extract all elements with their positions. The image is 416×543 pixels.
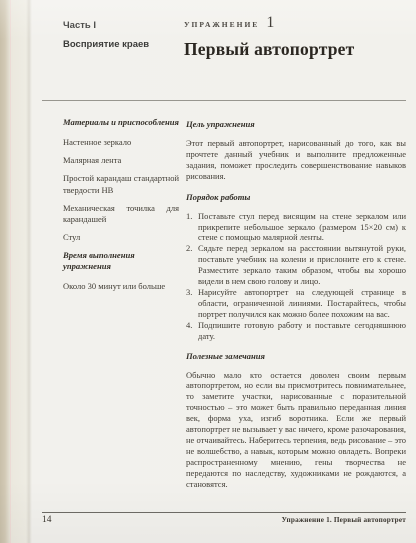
- page-number: 14: [42, 515, 52, 525]
- part-block: Часть I Восприятие краев: [63, 16, 193, 54]
- procedure-step: Нарисуйте автопортрет на следующей стран…: [186, 287, 406, 320]
- procedure-steps: Поставьте стул перед висящим на стене зе…: [186, 211, 406, 342]
- book-page: Часть I Восприятие краев Упражнение 1 Пе…: [0, 0, 416, 543]
- materials-list: Настенное зеркало Малярная лента Простой…: [63, 137, 179, 244]
- page-title: Первый автопортрет: [184, 39, 406, 60]
- duration-text: Около 30 минут или больше: [63, 281, 179, 293]
- main-column: Цель упражнения Этот первый автопортрет,…: [186, 117, 406, 489]
- running-title: Упражнение 1. Первый автопортрет: [282, 516, 406, 524]
- procedure-step: Сядьте перед зеркалом на расстоянии вытя…: [186, 243, 406, 287]
- notes-heading: Полезные замечания: [186, 351, 406, 362]
- materials-heading: Материалы и приспособления: [63, 117, 179, 128]
- materials-column: Материалы и приспособления Настенное зер…: [63, 117, 179, 489]
- part-title: Восприятие краев: [63, 35, 193, 54]
- page-content: Часть I Восприятие краев Упражнение 1 Пе…: [42, 0, 406, 543]
- part-label: Часть I: [63, 16, 193, 35]
- goal-heading: Цель упражнения: [186, 119, 406, 130]
- header-divider: [42, 100, 406, 101]
- list-item: Настенное зеркало: [63, 137, 179, 149]
- procedure-step: Поставьте стул перед висящим на стене зе…: [186, 211, 406, 244]
- procedure-heading: Порядок работы: [186, 192, 406, 203]
- list-item: Механическая точилка для карандашей: [63, 203, 179, 226]
- exercise-label: Упражнение: [184, 20, 259, 29]
- goal-text: Этот первый автопортрет, нарисованный до…: [186, 138, 406, 182]
- list-item: Стул: [63, 232, 179, 244]
- body-columns: Материалы и приспособления Настенное зер…: [63, 117, 406, 489]
- duration-heading: Время выполнения упражнения: [63, 250, 179, 272]
- exercise-number: 1: [266, 14, 274, 32]
- footer: 14 Упражнение 1. Первый автопортрет: [42, 515, 406, 525]
- list-item: Простой карандаш стандартной твердости Н…: [63, 173, 179, 196]
- footer-divider: [42, 512, 406, 513]
- exercise-header: Упражнение 1 Первый автопортрет: [184, 14, 406, 60]
- exercise-line: Упражнение 1: [184, 14, 406, 32]
- procedure-step: Подпишите готовую работу и поставьте сег…: [186, 320, 406, 342]
- list-item: Малярная лента: [63, 155, 179, 167]
- notes-text: Обычно мало кто остается доволен своим п…: [186, 370, 406, 490]
